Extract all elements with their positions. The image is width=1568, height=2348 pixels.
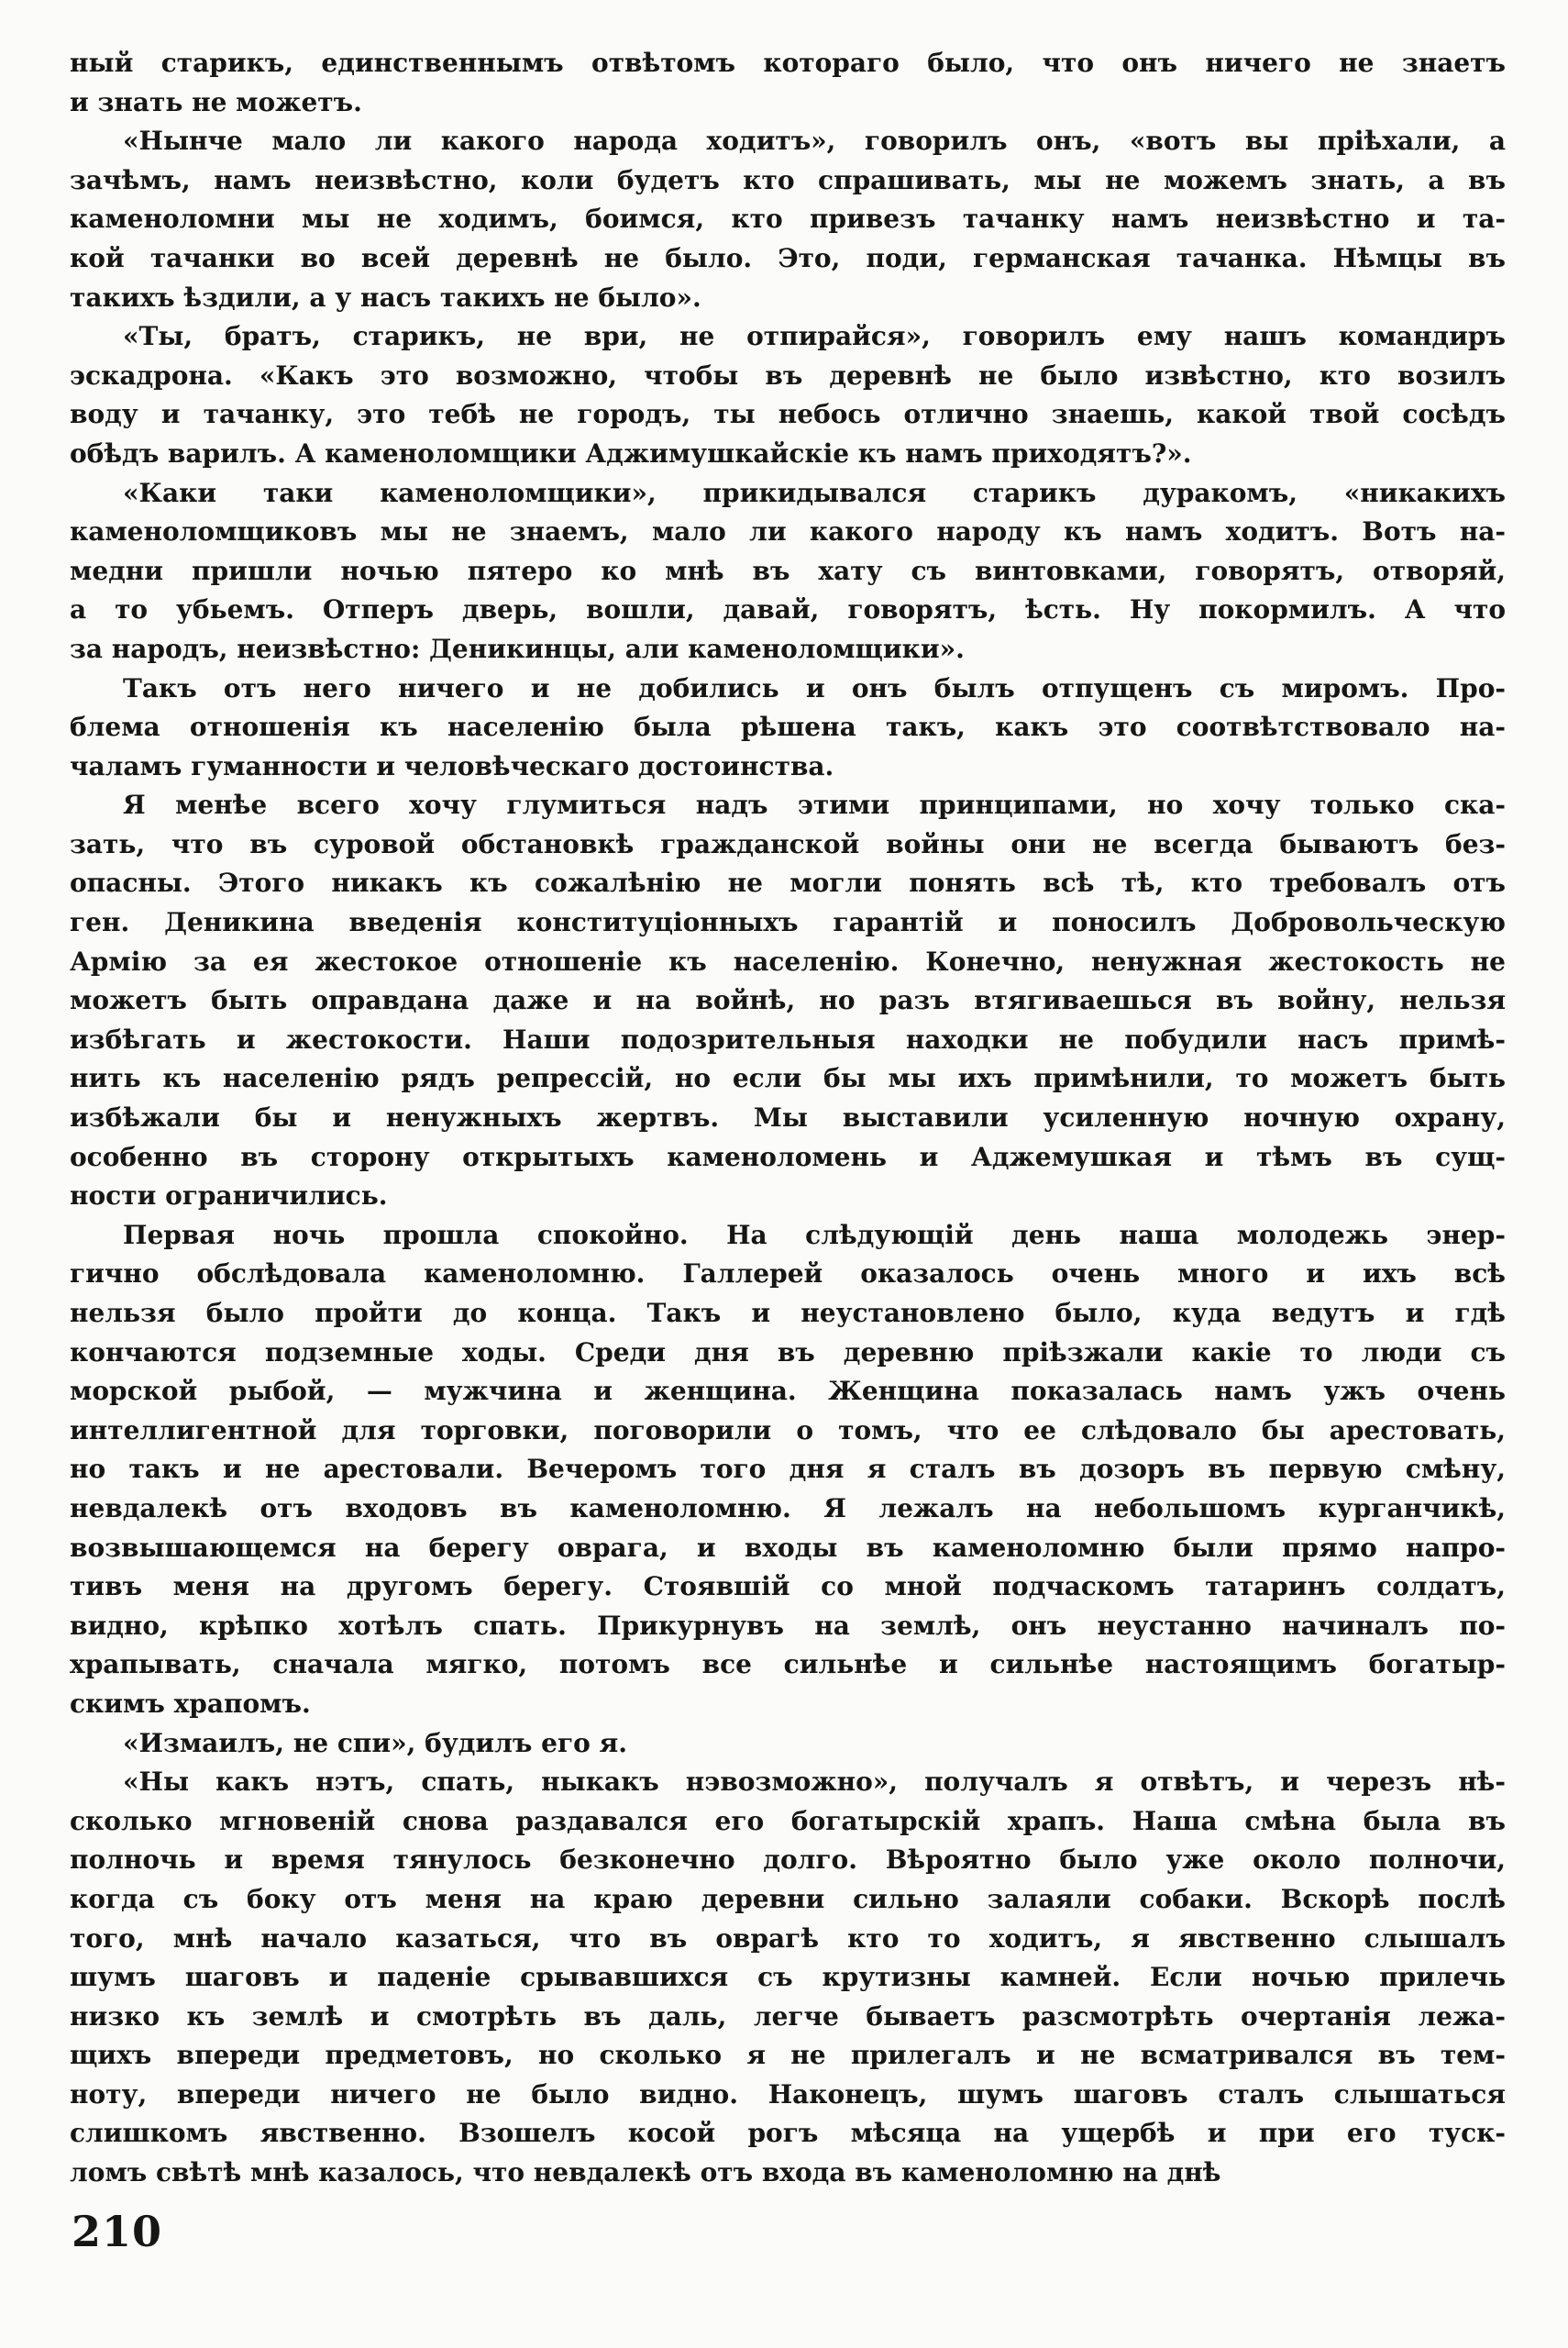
text-line: избѣжали бы и ненужныхъ жертвъ. Мы выста… — [70, 1099, 1506, 1138]
text-line: медни пришли ночью пятеро ко мнѣ въ хату… — [70, 552, 1506, 592]
text-line: кончаются подземные ходы. Среди дня въ д… — [70, 1334, 1506, 1373]
text-line: зать, что въ суровой обстановкѣ гражданс… — [70, 825, 1506, 865]
text-line: шумъ шаговъ и паденіе срывавшихся съ кру… — [70, 1958, 1506, 1998]
text-line: храпывать, сначала мягко, потомъ все сил… — [70, 1645, 1506, 1685]
text-block: ный старикъ, единственнымъ отвѣтомъ кото… — [70, 44, 1506, 2193]
text-line: «Ты, братъ, старикъ, не ври, не отпирайс… — [70, 317, 1506, 357]
text-line: чаламъ гуманности и человѣческаго достои… — [70, 748, 1506, 787]
text-line: но такъ и не арестовали. Вечеромъ того д… — [70, 1450, 1506, 1490]
text-line: нить къ населенію рядъ репрессій, но есл… — [70, 1059, 1506, 1099]
text-line: Я менѣе всего хочу глумиться надъ этими … — [70, 786, 1506, 825]
text-line: нельзя было пройти до конца. Такъ и неус… — [70, 1294, 1506, 1334]
text-line: тивъ меня на другомъ берегу. Стоявшій со… — [70, 1567, 1506, 1607]
text-line: и знать не можетъ. — [70, 83, 1506, 123]
text-line: ген. Деникина введенія конституціонныхъ … — [70, 903, 1506, 943]
text-line: «Ны какъ нэтъ, спать, ныкакъ нэвозможно»… — [70, 1763, 1506, 1802]
text-line: избѣгать и жестокости. Наши подозрительн… — [70, 1021, 1506, 1060]
text-line: морской рыбой, — мужчина и женщина. Женщ… — [70, 1372, 1506, 1412]
text-line: можетъ быть оправдана даже и на войнѣ, н… — [70, 981, 1506, 1021]
text-line: воду и тачанку, это тебѣ не городъ, ты н… — [70, 395, 1506, 435]
text-line: особенно въ сторону открытыхъ каменоломе… — [70, 1138, 1506, 1178]
text-line: возвышающемся на берегу оврага, и входы … — [70, 1529, 1506, 1568]
text-line: скимъ храпомъ. — [70, 1685, 1506, 1724]
text-line: ломъ свѣтѣ мнѣ казалось, что невдалекѣ о… — [70, 2154, 1506, 2193]
text-line: а то убьемъ. Отперъ дверь, вошли, давай,… — [70, 591, 1506, 630]
text-line: полночь и время тянулось безконечно долг… — [70, 1841, 1506, 1880]
text-line: слишкомъ явственно. Взошелъ косой рогъ м… — [70, 2114, 1506, 2154]
text-line: каменоломни мы не ходимъ, боимся, кто пр… — [70, 200, 1506, 239]
book-page: ный старикъ, единственнымъ отвѣтомъ кото… — [0, 0, 1568, 2348]
text-line: эскадрона. «Какъ это возможно, чтобы въ … — [70, 357, 1506, 396]
text-line: ный старикъ, единственнымъ отвѣтомъ кото… — [70, 44, 1506, 83]
text-line: когда съ боку отъ меня на краю деревни с… — [70, 1880, 1506, 1920]
text-line: низко къ землѣ и смотрѣть въ даль, легче… — [70, 1998, 1506, 2037]
text-line: сколько мгновеній снова раздавался его б… — [70, 1802, 1506, 1842]
text-line: щихъ впереди предметовъ, но сколько я не… — [70, 2036, 1506, 2076]
text-line: Такъ отъ него ничего и не добились и онъ… — [70, 670, 1506, 709]
text-line: видно, крѣпко хотѣлъ спать. Прикурнувъ н… — [70, 1607, 1506, 1646]
text-line: зачѣмъ, намъ неизвѣстно, коли будетъ кто… — [70, 161, 1506, 201]
text-line: Армію за ея жестокое отношеніе къ населе… — [70, 943, 1506, 982]
text-line: ности ограничились. — [70, 1177, 1506, 1216]
text-line: такихъ ѣздили, а у насъ такихъ не было». — [70, 279, 1506, 318]
text-line: Первая ночь прошла спокойно. На слѣдующі… — [70, 1216, 1506, 1256]
text-line: блема отношенія къ населенію была рѣшена… — [70, 708, 1506, 748]
text-line: невдалекѣ отъ входовъ въ каменоломню. Я … — [70, 1490, 1506, 1529]
text-line: ноту, впереди ничего не было видно. Нако… — [70, 2076, 1506, 2115]
text-line: «Каки таки каменоломщики», прикидывался … — [70, 474, 1506, 514]
text-line: того, мнѣ начало казаться, что въ оврагѣ… — [70, 1920, 1506, 1959]
text-line: обѣдъ варилъ. А каменоломщики Аджимушкай… — [70, 435, 1506, 474]
text-line: за народъ, неизвѣстно: Деникинцы, али ка… — [70, 630, 1506, 670]
text-line: гично обслѣдовала каменоломню. Галлерей … — [70, 1255, 1506, 1294]
text-line: опасны. Этого никакъ къ сожалѣнію не мог… — [70, 864, 1506, 903]
text-line: «Измаилъ, не спи», будилъ его я. — [70, 1724, 1506, 1764]
text-line: кой тачанки во всей деревнѣ не было. Это… — [70, 239, 1506, 279]
page-number: 210 — [72, 2207, 162, 2256]
text-line: каменоломщиковъ мы не знаемъ, мало ли ка… — [70, 513, 1506, 552]
text-line: интеллигентной для торговки, поговорили … — [70, 1412, 1506, 1451]
text-line: «Нынче мало ли какого народа ходитъ», го… — [70, 122, 1506, 161]
